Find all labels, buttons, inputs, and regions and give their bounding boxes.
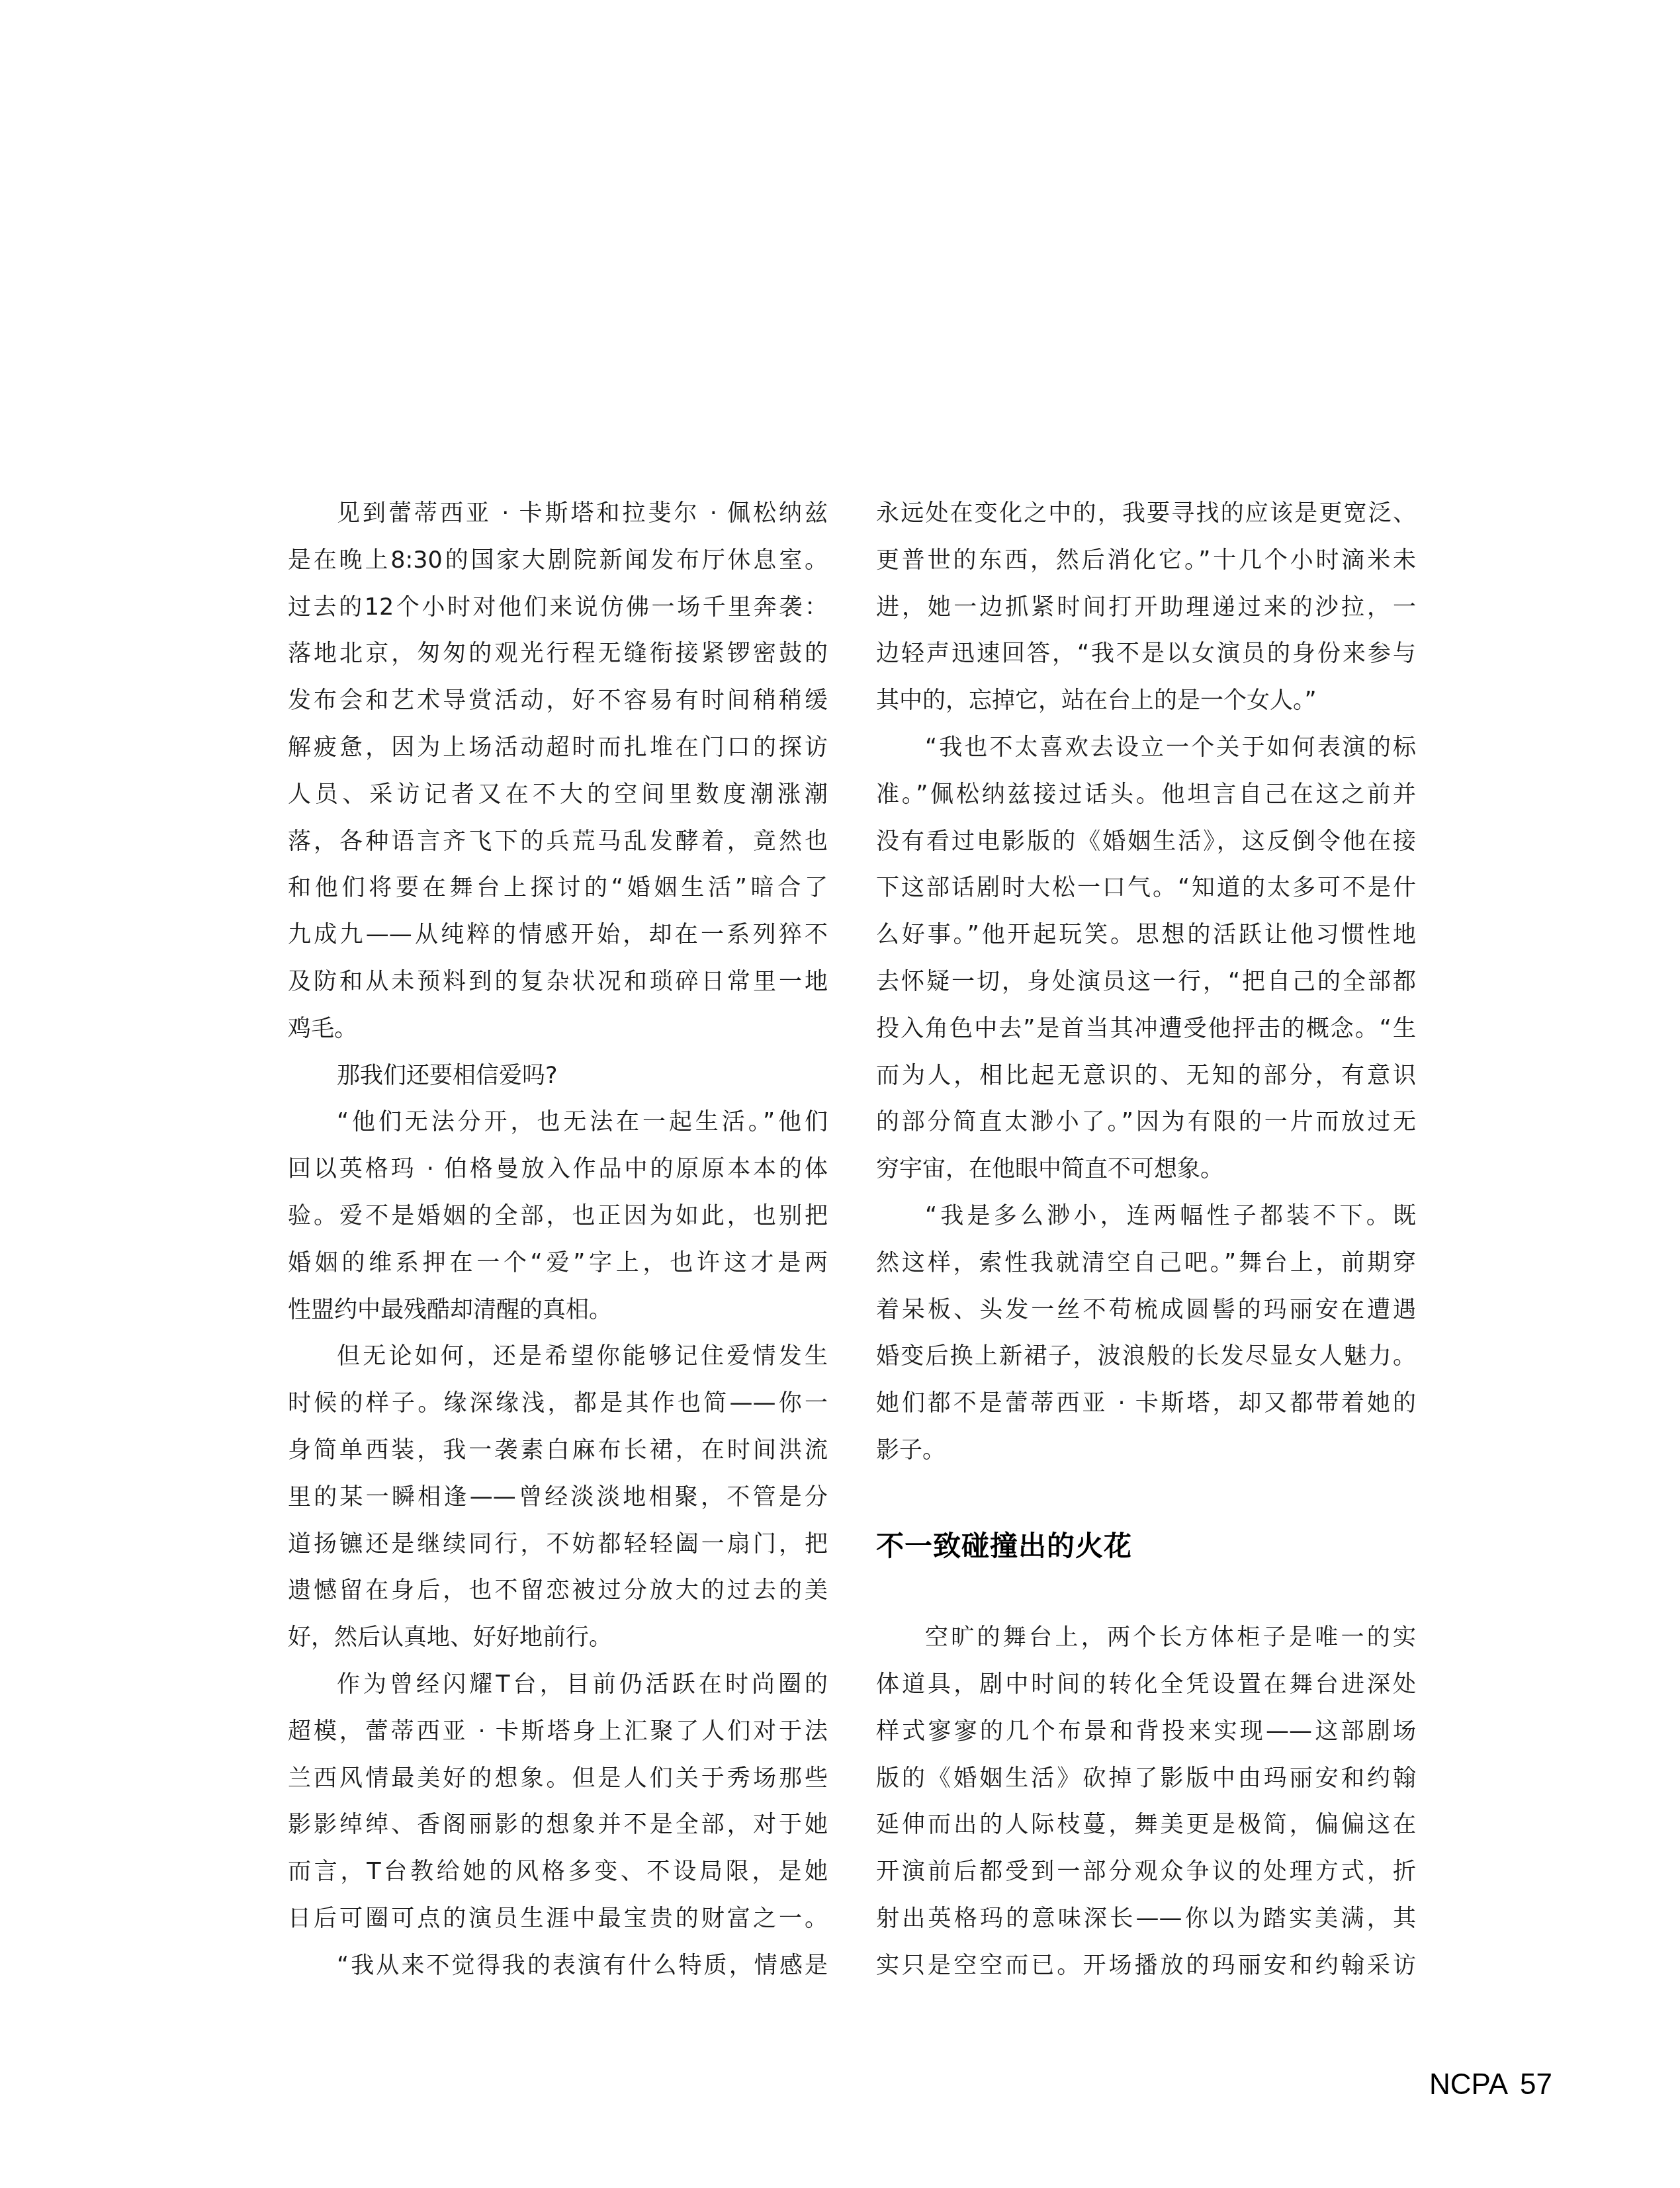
body-text-line: 而为人，相比起无意识的、无知的部分，有意识 xyxy=(876,1060,1416,1107)
body-text-line: 影影绰绰、香阁丽影的想象并不是全部，对于她 xyxy=(288,1809,828,1856)
body-text-line: 着呆板、头发一丝不苟梳成圆髻的玛丽安在遭遇 xyxy=(876,1294,1416,1341)
article-column-left: 见到蕾蒂西亚 · 卡斯塔和拉斐尔 · 佩松纳兹是在晚上8:30的国家大剧院新闻发… xyxy=(288,498,828,1997)
body-text-line: “我从来不觉得我的表演有什么特质，情感是 xyxy=(288,1950,828,1997)
body-text-line: 她们都不是蕾蒂西亚 · 卡斯塔，却又都带着她的 xyxy=(876,1387,1416,1434)
body-text-line: 验。爱不是婚姻的全部，也正因为如此，也别把 xyxy=(288,1200,828,1247)
body-text-line: 婚姻的维系押在一个“爱”字上，也许这才是两 xyxy=(288,1247,828,1294)
body-text-line: 人员、采访记者又在不大的空间里数度潮涨潮 xyxy=(288,779,828,826)
body-text-line: 然这样，索性我就清空自己吧。”舞台上，前期穿 xyxy=(876,1247,1416,1294)
publication-name: NCPA xyxy=(1429,2068,1508,2101)
spacer xyxy=(876,1575,1416,1622)
body-text-line: 么好事。”他开起玩笑。思想的活跃让他习惯性地 xyxy=(876,919,1416,966)
body-text-line: 性盟约中最残酷却清醒的真相。 xyxy=(288,1294,828,1341)
body-text-line: 体道具，剧中时间的转化全凭设置在舞台进深处 xyxy=(876,1669,1416,1716)
body-text-line: 投入角色中去”是首当其冲遭受他抨击的概念。“生 xyxy=(876,1013,1416,1060)
body-text-line: 准。”佩松纳兹接过话头。他坦言自己在这之前并 xyxy=(876,779,1416,826)
body-text-line: 影子。 xyxy=(876,1434,1416,1481)
body-text-line: 好，然后认真地、好好地前行。 xyxy=(288,1622,828,1669)
body-text-line: 而言，T台教给她的风格多变、不设局限，是她 xyxy=(288,1856,828,1903)
spacer xyxy=(876,1481,1416,1528)
body-text-line: 其中的，忘掉它，站在台上的是一个女人。” xyxy=(876,685,1416,732)
body-text-line: 版的《婚姻生活》砍掉了影版中由玛丽安和约翰 xyxy=(876,1763,1416,1810)
section-heading: 不一致碰撞出的火花 xyxy=(876,1528,1416,1575)
body-text-line: 超模，蕾蒂西亚 · 卡斯塔身上汇聚了人们对于法 xyxy=(288,1716,828,1763)
body-text-line: 鸡毛。 xyxy=(288,1013,828,1060)
body-text-line: 时候的样子。缘深缘浅，都是其作也简——你一 xyxy=(288,1387,828,1434)
page-footer: NCPA57 xyxy=(1429,2068,1552,2101)
body-text-line: 回以英格玛 · 伯格曼放入作品中的原原本本的体 xyxy=(288,1153,828,1200)
body-text-line: 日后可圈可点的演员生涯中最宝贵的财富之一。 xyxy=(288,1903,828,1950)
body-text-line: 过去的12个小时对他们来说仿佛一场千里奔袭： xyxy=(288,591,828,638)
body-text-line: 边轻声迅速回答，“我不是以女演员的身份来参与 xyxy=(876,638,1416,685)
body-text-line: 但无论如何，还是希望你能够记住爱情发生 xyxy=(288,1340,828,1387)
body-text-line: 见到蕾蒂西亚 · 卡斯塔和拉斐尔 · 佩松纳兹 xyxy=(288,498,828,545)
body-text-line: 落，各种语言齐飞下的兵荒马乱发酵着，竟然也 xyxy=(288,826,828,873)
body-text-line: 没有看过电影版的《婚姻生活》，这反倒令他在接 xyxy=(876,826,1416,873)
body-text-line: 空旷的舞台上，两个长方体柜子是唯一的实 xyxy=(876,1622,1416,1669)
body-text-line: 解疲惫，因为上场活动超时而扎堆在门口的探访 xyxy=(288,732,828,779)
body-text-line: 那我们还要相信爱吗? xyxy=(288,1060,828,1107)
body-text-line: 九成九——从纯粹的情感开始，却在一系列猝不 xyxy=(288,919,828,966)
body-text-line: 落地北京，匆匆的观光行程无缝衔接紧锣密鼓的 xyxy=(288,638,828,685)
body-text-line: 射出英格玛的意味深长——你以为踏实美满，其 xyxy=(876,1903,1416,1950)
body-text-line: 和他们将要在舞台上探讨的“婚姻生活”暗合了 xyxy=(288,872,828,919)
body-text-line: “我也不太喜欢去设立一个关于如何表演的标 xyxy=(876,732,1416,779)
body-text-line: “我是多么渺小，连两幅性子都装不下。既 xyxy=(876,1200,1416,1247)
body-text-line: 是在晚上8:30的国家大剧院新闻发布厅休息室。 xyxy=(288,545,828,591)
body-text-line: 穷宇宙，在他眼中简直不可想象。 xyxy=(876,1153,1416,1200)
body-text-line: 道扬镳还是继续同行，不妨都轻轻阖一扇门，把 xyxy=(288,1528,828,1575)
body-text-line: 婚变后换上新裙子，波浪般的长发尽显女人魅力。 xyxy=(876,1340,1416,1387)
body-text-line: 延伸而出的人际枝蔓，舞美更是极简，偏偏这在 xyxy=(876,1809,1416,1856)
body-text-line: 样式寥寥的几个布景和背投来实现——这部剧场 xyxy=(876,1716,1416,1763)
body-text-line: 下这部话剧时大松一口气。“知道的太多可不是什 xyxy=(876,872,1416,919)
body-text-line: 里的某一瞬相逢——曾经淡淡地相聚，不管是分 xyxy=(288,1481,828,1528)
page-number: 57 xyxy=(1520,2068,1552,2101)
body-text-line: 的部分简直太渺小了。”因为有限的一片而放过无 xyxy=(876,1106,1416,1153)
body-text-line: 身简单西装，我一袭素白麻布长裙，在时间洪流 xyxy=(288,1434,828,1481)
body-text-line: 永远处在变化之中的，我要寻找的应该是更宽泛、 xyxy=(876,498,1416,545)
body-text-line: 发布会和艺术导赏活动，好不容易有时间稍稍缓 xyxy=(288,685,828,732)
body-text-line: 进，她一边抓紧时间打开助理递过来的沙拉，一 xyxy=(876,591,1416,638)
body-text-line: 遗憾留在身后，也不留恋被过分放大的过去的美 xyxy=(288,1575,828,1622)
body-text-line: 开演前后都受到一部分观众争议的处理方式，折 xyxy=(876,1856,1416,1903)
body-text-line: 去怀疑一切，身处演员这一行，“把自己的全部都 xyxy=(876,966,1416,1013)
body-text-line: 更普世的东西，然后消化它。”十几个小时滴米未 xyxy=(876,545,1416,591)
body-text-line: “他们无法分开，也无法在一起生活。”他们 xyxy=(288,1106,828,1153)
body-text-line: 兰西风情最美好的想象。但是人们关于秀场那些 xyxy=(288,1763,828,1810)
article-column-right: 永远处在变化之中的，我要寻找的应该是更宽泛、更普世的东西，然后消化它。”十几个小… xyxy=(876,498,1416,1997)
body-text-line: 及防和从未预料到的复杂状况和琐碎日常里一地 xyxy=(288,966,828,1013)
body-text-line: 实只是空空而已。开场播放的玛丽安和约翰采访 xyxy=(876,1950,1416,1997)
body-text-line: 作为曾经闪耀T台，目前仍活跃在时尚圈的 xyxy=(288,1669,828,1716)
